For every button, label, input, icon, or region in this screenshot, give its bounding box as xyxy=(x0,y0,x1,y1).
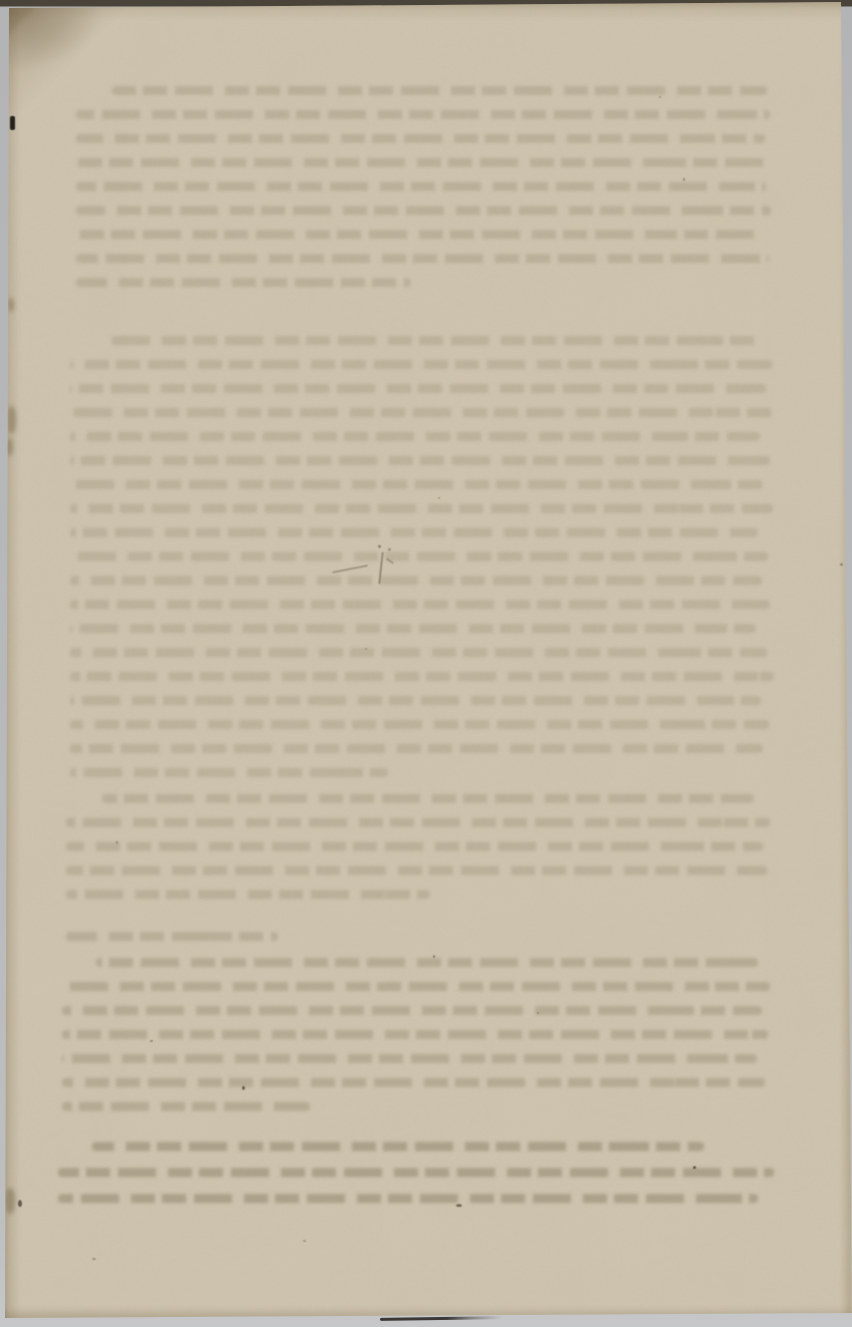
faded-text-line xyxy=(66,842,763,851)
faded-text-line xyxy=(70,528,758,537)
faded-text-line xyxy=(70,696,761,705)
faded-text-line xyxy=(66,932,278,941)
ink-speck xyxy=(365,648,367,650)
faded-text-line xyxy=(66,866,767,875)
faded-text-line xyxy=(70,408,775,417)
ink-speck xyxy=(840,563,843,566)
ink-speck xyxy=(242,1086,245,1090)
ink-speck xyxy=(693,1166,696,1169)
faded-text-line xyxy=(76,110,770,119)
edge-blemish xyxy=(5,1188,15,1214)
ink-speck xyxy=(438,497,440,499)
faded-text-line xyxy=(70,648,767,657)
edge-blemish xyxy=(6,438,13,456)
ink-speck xyxy=(303,1240,306,1242)
faded-text-line xyxy=(76,182,766,191)
faded-text-line xyxy=(102,794,754,803)
ink-speck xyxy=(537,1012,539,1014)
ink-speck xyxy=(116,841,118,844)
faded-text-line xyxy=(70,768,388,777)
faded-text-line xyxy=(62,982,770,991)
faded-text-line xyxy=(70,600,770,609)
page-right-edge-shading xyxy=(840,0,852,1327)
faded-text-line xyxy=(62,1030,768,1039)
faded-text-line xyxy=(96,958,758,967)
ink-speck xyxy=(683,178,685,181)
pencil-dot xyxy=(378,545,381,548)
faded-text-line xyxy=(70,744,763,753)
faded-text-line xyxy=(70,552,768,561)
bottom-edge-mark xyxy=(380,1316,502,1321)
faded-text-line xyxy=(62,1006,762,1015)
ink-speck xyxy=(18,1200,22,1207)
faded-text-line xyxy=(70,672,774,681)
faded-text-line xyxy=(112,86,767,95)
faded-text-line xyxy=(76,158,773,167)
faded-text-line xyxy=(110,336,760,345)
left-edge-notch-mark xyxy=(10,116,15,130)
ink-speck xyxy=(433,955,435,958)
faded-text-line xyxy=(70,720,769,729)
faded-text-line xyxy=(76,254,769,263)
page-left-edge-shading xyxy=(0,0,20,1327)
faded-text-line xyxy=(70,360,772,369)
pencil-dot xyxy=(388,548,391,551)
document-page xyxy=(0,0,852,1327)
faded-text-line xyxy=(70,384,766,393)
faded-text-line xyxy=(66,818,770,827)
faded-text-line xyxy=(76,278,411,287)
faded-text-line xyxy=(62,1054,757,1063)
faded-text-line xyxy=(92,1142,704,1151)
faded-text-line xyxy=(70,456,770,465)
faded-text-line xyxy=(58,1194,758,1203)
faded-text-line xyxy=(70,480,764,489)
faded-text-line xyxy=(70,504,773,513)
faded-text-line xyxy=(66,890,430,899)
paper-grain-texture xyxy=(0,0,852,1327)
ink-speck xyxy=(456,1204,462,1207)
ink-speck xyxy=(659,96,661,98)
faded-text-line xyxy=(70,624,756,633)
ink-speck xyxy=(150,1040,153,1042)
faded-text-line xyxy=(76,134,765,143)
faded-text-line xyxy=(76,230,762,239)
edge-blemish xyxy=(8,298,14,312)
ink-speck xyxy=(92,1258,96,1260)
faded-text-line xyxy=(62,1102,310,1111)
edge-blemish xyxy=(7,406,16,434)
faded-text-line xyxy=(70,432,760,441)
faded-text-line xyxy=(76,206,771,215)
faded-text-line xyxy=(70,576,762,585)
faded-text-line xyxy=(62,1078,765,1087)
faded-text-line xyxy=(58,1168,774,1177)
